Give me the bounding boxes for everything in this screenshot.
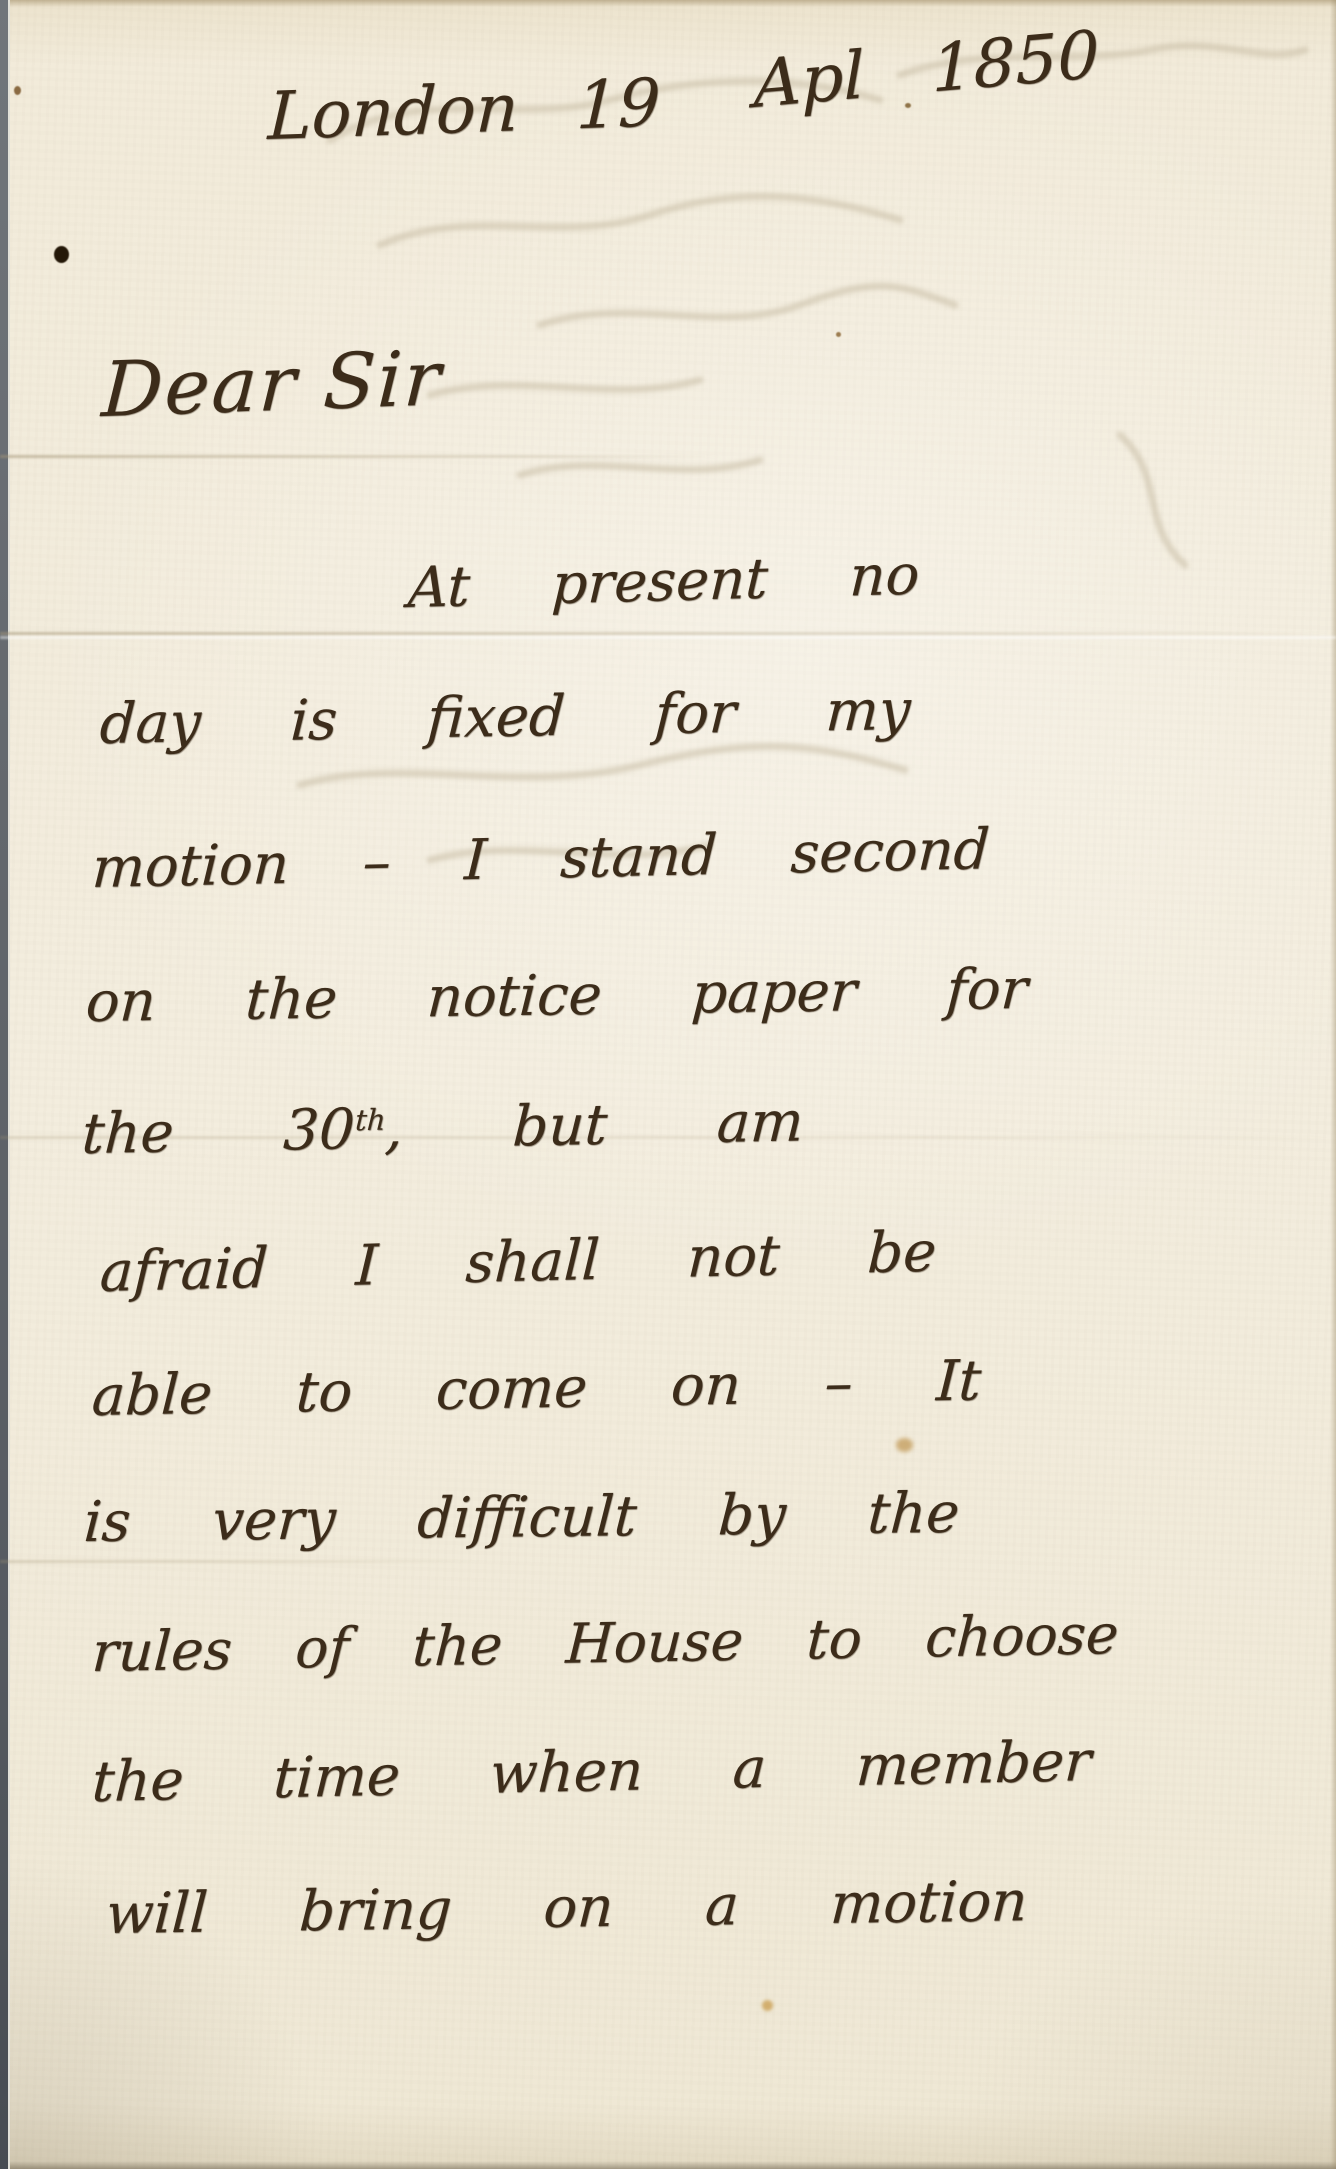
body-line: is very difficult by the	[82, 1481, 961, 1555]
fold-crease-highlight	[0, 636, 1336, 639]
date-place: London	[267, 69, 520, 155]
salutation: Dear Sir	[100, 333, 445, 434]
body-line: on the notice paper for	[84, 957, 1029, 1035]
paper-fleck	[14, 86, 21, 95]
body-line-text: , but am	[383, 1089, 805, 1161]
foxing-spot	[762, 2000, 773, 2011]
body-line: At present no	[407, 543, 921, 621]
fold-crease	[0, 455, 720, 458]
paper-speck	[836, 332, 841, 337]
body-line: the 30th, but am	[80, 1089, 805, 1167]
ink-showthrough	[0, 0, 1336, 2169]
fold-crease	[0, 1560, 480, 1563]
letter-scan: London19Apl 1850 Dear Sir At present no …	[0, 0, 1336, 2169]
body-line-text: the 30	[80, 1097, 356, 1167]
ink-blot	[54, 246, 69, 263]
body-line: will bring on a motion	[104, 1869, 1029, 1947]
date-day: 19	[575, 64, 662, 144]
fold-crease	[0, 632, 1336, 635]
ordinal-superscript: th	[354, 1103, 386, 1138]
foxing-spot	[896, 1438, 913, 1452]
